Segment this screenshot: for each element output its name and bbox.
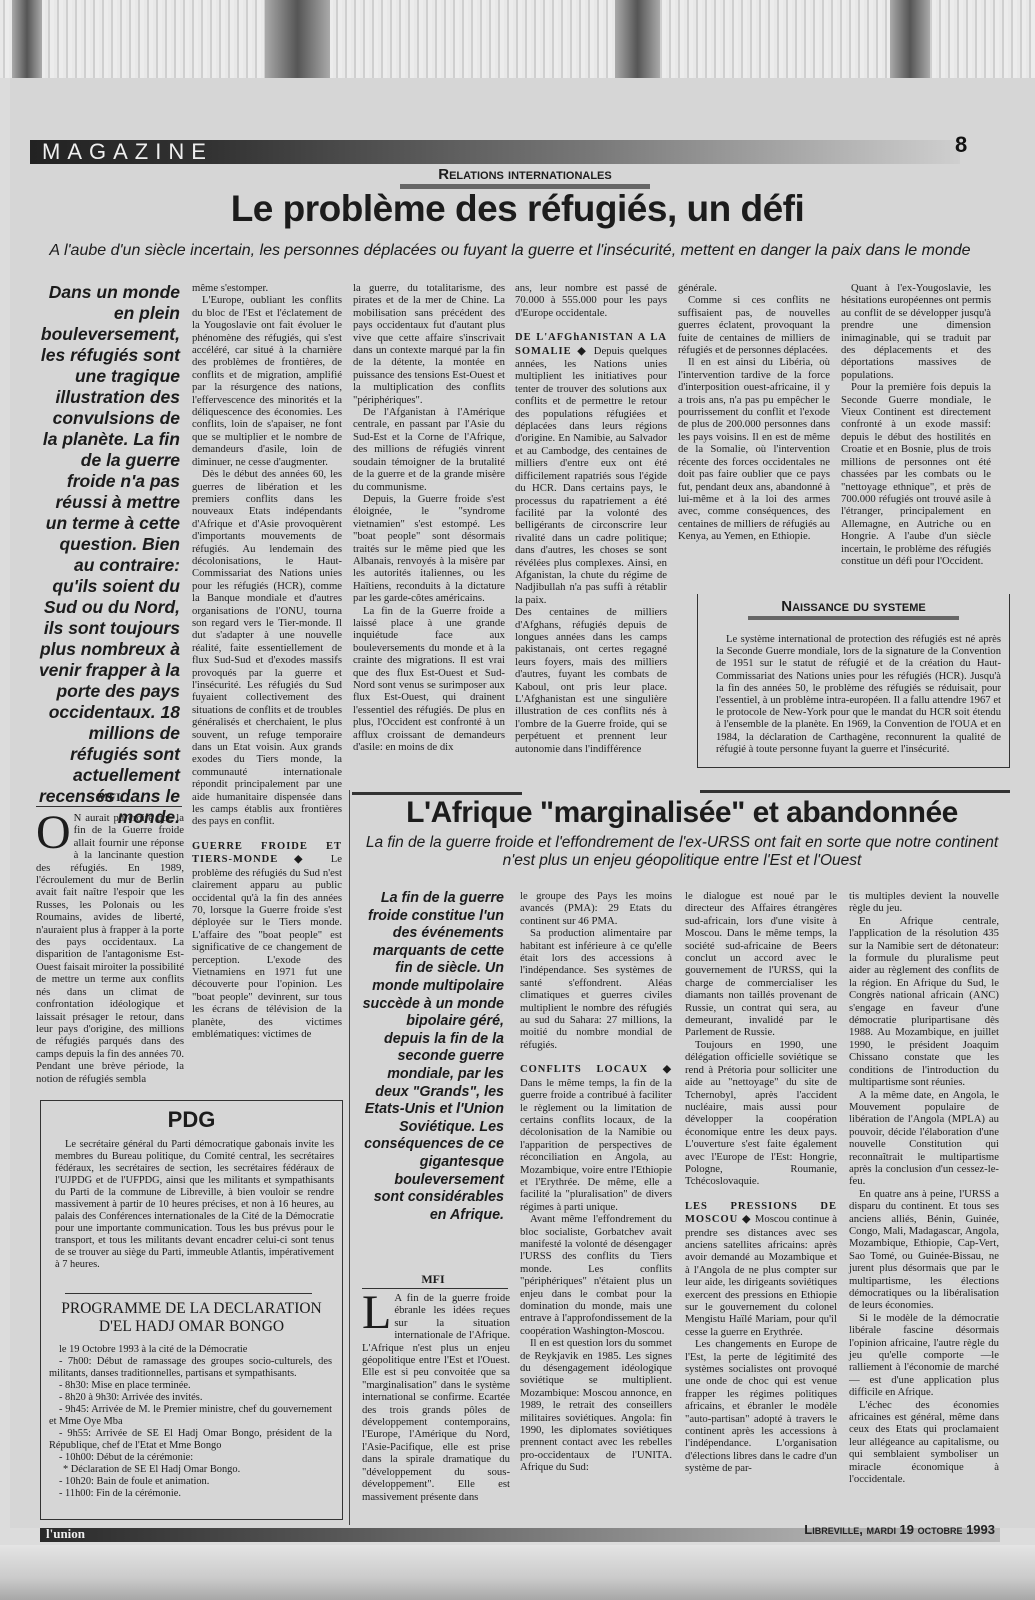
paragraph: Les changements en Europe de l'Est, la p… — [685, 1338, 837, 1474]
subheading: GUERRE FROIDE ET TIERS-MONDE ◆ — [192, 841, 342, 865]
article2-col4: tis multiples devient la nouvelle règle … — [849, 890, 999, 1486]
pdg-notice-box: PDG Le secrétaire général du Parti démoc… — [40, 1100, 343, 1520]
page-number: 8 — [955, 132, 967, 158]
paragraph: générale. — [678, 282, 830, 294]
programme-item: - 10h00: Début de la cérémonie: — [49, 1452, 332, 1464]
programme-intro: le 19 Octobre 1993 à la cité de la Démoc… — [49, 1344, 332, 1356]
paragraph: La fin de la Guerre froide a laissé plac… — [353, 605, 505, 754]
paragraph: Il en est question lors du sommet de Rey… — [520, 1337, 672, 1473]
paragraph: Si le modèle de la démocratie libérale f… — [849, 1312, 999, 1399]
article1-col3: la guerre, du totalitarisme, des pirates… — [353, 282, 505, 753]
article2-top-rule — [700, 790, 1010, 793]
article1-headline: Le problème des réfugiés, un défi — [0, 188, 1035, 230]
paragraph: Le système international de protection d… — [716, 634, 1001, 756]
dropcap-o: O — [36, 814, 71, 852]
paragraph: Dès le début des années 60, les guerres … — [192, 468, 342, 828]
article1-col5: générale. Comme si ces conflits ne suffi… — [678, 282, 830, 543]
article2-headline: L'Afrique "marginalisée" et abandonnée — [352, 796, 1012, 830]
article2-byline: MFI — [362, 1272, 504, 1287]
article1-deck: A l'aube d'un siècle incertain, les pers… — [30, 242, 990, 260]
paragraph: L'échec des économies africaines est gén… — [849, 1399, 999, 1486]
paragraph: De l'Afganistan à l'Amérique centrale, e… — [353, 406, 505, 493]
paragraph: ans, leur nombre est passé de 70.000 à 5… — [515, 282, 667, 319]
programme-item: - 9h55: Arrivée de SE El Hadj Omar Bongo… — [49, 1428, 332, 1452]
article2-top-rule — [352, 792, 522, 795]
programme-item: * Déclaration de SE El Hadj Omar Bongo. — [49, 1464, 332, 1476]
pdg-title: PDG — [41, 1107, 342, 1133]
programme-title: PROGRAMME DE LA DECLARATION D'EL HADJ OM… — [61, 1300, 322, 1336]
pdg-body: Le secrétaire général du Parti démocrati… — [55, 1139, 334, 1271]
article1-col2: même s'estomper. L'Europe, oubliant les … — [192, 282, 342, 1040]
paragraph: Des centaines de milliers d'Afghans, réf… — [515, 606, 667, 755]
scan-border-top — [0, 0, 1035, 78]
paragraph: tis multiples devient la nouvelle règle … — [849, 890, 999, 915]
dropcap-l: L — [362, 1294, 391, 1332]
article2-intro: LA fin de la guerre froide ébranle les i… — [362, 1292, 510, 1503]
sidebar-naissance-du-systeme: Naissance du systeme Le système internat… — [697, 594, 1010, 768]
paragraph: Sa production alimentaire par habitant e… — [520, 927, 672, 1051]
paragraph: Dans le même temps, la fin de la guerre … — [520, 1077, 672, 1213]
programme-item: - 8h30: Mise en place terminée. — [49, 1380, 332, 1392]
paragraph: En Afrique centrale, l'application de la… — [849, 915, 999, 1089]
programme-item: - 10h20: Bain de foule et animation. — [49, 1476, 332, 1488]
paragraph: L'Europe, oubliant les conflits du bloc … — [192, 294, 342, 468]
section-label: MAGAZINE — [42, 139, 213, 165]
paragraph: Depuis, la Guerre froide s'est éloignée,… — [353, 493, 505, 605]
article2-deck: La fin de la guerre froide et l'effondre… — [362, 834, 1002, 870]
article1-lead: Dans un monde en plein bouleversement, l… — [38, 282, 180, 828]
article2-lead: La fin de la guerre froide constitue l'u… — [362, 890, 504, 1224]
paragraph: Pour la première fois depuis la Seconde … — [841, 381, 991, 567]
column-divider — [349, 790, 350, 1525]
programme-list: le 19 Octobre 1993 à la cité de la Démoc… — [49, 1344, 332, 1500]
paragraph: Il en est ainsi du Libéria, où l'interve… — [678, 356, 830, 542]
newspaper-logo: l'union — [46, 1526, 85, 1542]
paragraph: Depuis quelques années, les Nations unie… — [515, 345, 667, 606]
article2-col3: le dialogue est noué par le directeur de… — [685, 890, 837, 1475]
programme-item: - 7h00: Début de ramassage des groupes s… — [49, 1356, 332, 1380]
paragraph: Moscou continue à prendre ses distances … — [685, 1213, 837, 1338]
paragraph: le dialogue est noué par le directeur de… — [685, 890, 837, 1039]
scan-border-bottom — [0, 1545, 1035, 1600]
paragraph: Le problème des réfugiés du Sud n'est cl… — [192, 853, 342, 1040]
sidebar-body: Le système international de protection d… — [716, 634, 1001, 756]
paragraph: Le secrétaire général du Parti démocrati… — [55, 1139, 334, 1271]
paragraph: A la même date, en Angola, le Mouvement … — [849, 1089, 999, 1188]
article1-intro: ON aurait pu croire que la fin de la Gue… — [36, 812, 184, 1085]
programme-item: - 8h20 à 9h30: Arrivée des invités. — [49, 1392, 332, 1404]
paragraph: Avant même l'effondrement du bloc social… — [520, 1213, 672, 1337]
dateline: Libreville, mardi 19 octobre 1993 — [804, 1522, 995, 1537]
paragraph: Comme si ces conflits ne suffisaient pas… — [678, 294, 830, 356]
programme-item: - 9h45: Arrivée de M. le Premier ministr… — [49, 1404, 332, 1428]
pdg-divider — [65, 1293, 312, 1294]
paragraph: même s'estomper. — [192, 282, 342, 294]
kicker: Relations internationales — [400, 166, 650, 189]
subheading: CONFLITS LOCAUX ◆ — [520, 1064, 672, 1075]
paragraph: Quant à l'ex-Yougoslavie, les hésitation… — [841, 282, 991, 381]
article1-col4: ans, leur nombre est passé de 70.000 à 5… — [515, 282, 667, 755]
article2-col2: le groupe des Pays les moins avancés (PM… — [520, 890, 672, 1474]
paragraph: la guerre, du totalitarisme, des pirates… — [353, 282, 505, 406]
article1-byline: MFI — [38, 790, 180, 805]
paragraph: le groupe des Pays les moins avancés (PM… — [520, 890, 672, 927]
paragraph: Toujours en 1990, une délégation officie… — [685, 1039, 837, 1188]
paragraph: En quatre ans à peine, l'URSS a disparu … — [849, 1188, 999, 1312]
sidebar-title: Naissance du systeme — [748, 598, 959, 620]
article1-col6: Quant à l'ex-Yougoslavie, les hésitation… — [841, 282, 991, 567]
programme-item: - 11h00: Fin de la cérémonie. — [49, 1488, 332, 1500]
